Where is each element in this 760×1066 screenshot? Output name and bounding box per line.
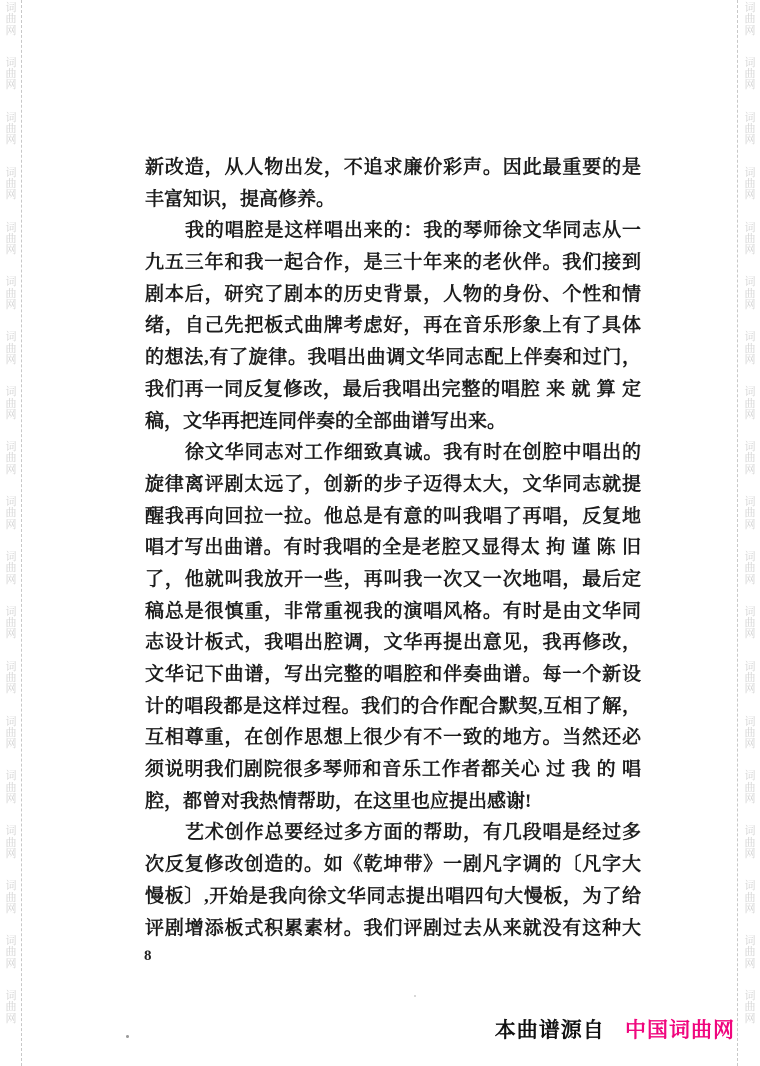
text-line: 徐文华同志对工作细致真诚。我有时在创腔中唱出的 <box>145 437 641 469</box>
watermark-char: 网 <box>742 904 758 915</box>
watermark-group: 词曲网 <box>742 387 758 421</box>
watermark-group: 词曲网 <box>742 552 758 586</box>
watermark-char: 网 <box>3 629 19 640</box>
watermark-char: 网 <box>3 684 19 695</box>
watermark-char: 网 <box>3 739 19 750</box>
watermark-char: 词 <box>742 881 758 892</box>
watermark-group: 词曲网 <box>3 991 19 1025</box>
watermark-group: 词曲网 <box>3 58 19 92</box>
watermark-left: 词曲网词曲网词曲网词曲网词曲网词曲网词曲网词曲网词曲网词曲网词曲网词曲网词曲网词… <box>3 0 19 1066</box>
body-text: 新改造，从人物出发，不追求廉价彩声。因此最重要的是丰富知识，提高修养。我的唱腔是… <box>145 152 641 944</box>
text-line: 醒我再向回拉一拉。他总是有意的叫我唱了再唱，反复地 <box>145 501 641 533</box>
watermark-char: 网 <box>742 849 758 860</box>
watermark-group: 词曲网 <box>742 771 758 805</box>
watermark-char: 网 <box>3 300 19 311</box>
text-line: 志设计板式，我唱出腔调，文华再提出意见，我再修改， <box>145 627 641 659</box>
watermark-group: 词曲网 <box>3 497 19 531</box>
watermark-char: 曲 <box>742 1002 758 1013</box>
watermark-group: 词曲网 <box>742 991 758 1025</box>
text-line: 我的唱腔是这样唱出来的：我的琴师徐文华同志从一 <box>145 215 641 247</box>
text-line: 我们再一同反复修改，最后我唱出完整的唱腔 来 就 算 定 <box>145 374 641 406</box>
watermark-char: 词 <box>3 881 19 892</box>
watermark-char: 词 <box>742 332 758 343</box>
text-line: 新改造，从人物出发，不追求廉价彩声。因此最重要的是 <box>145 152 641 184</box>
watermark-char: 网 <box>3 190 19 201</box>
watermark-char: 网 <box>742 300 758 311</box>
watermark-group: 词曲网 <box>742 442 758 476</box>
text-line: 艺术创作总要经过多方面的帮助，有几段唱是经过多 <box>145 817 641 849</box>
watermark-char: 网 <box>3 135 19 146</box>
text-line: 互相尊重，在创作思想上很少有不一致的地方。当然还必 <box>145 722 641 754</box>
watermark-group: 词曲网 <box>3 552 19 586</box>
watermark-group: 词曲网 <box>742 332 758 366</box>
text-line: 文华记下曲谱，写出完整的唱腔和伴奏曲谱。每一个新设 <box>145 659 641 691</box>
right-dashed-line <box>737 0 738 1066</box>
watermark-char: 曲 <box>3 563 19 574</box>
watermark-char: 网 <box>742 465 758 476</box>
watermark-group: 词曲网 <box>3 223 19 257</box>
watermark-group: 词曲网 <box>742 717 758 751</box>
watermark-group: 词曲网 <box>3 332 19 366</box>
page-number: 8 <box>144 948 152 965</box>
watermark-group: 词曲网 <box>742 223 758 257</box>
watermark-group: 词曲网 <box>3 717 19 751</box>
watermark-group: 词曲网 <box>3 387 19 421</box>
watermark-char: 网 <box>742 410 758 421</box>
watermark-group: 词曲网 <box>3 607 19 641</box>
watermark-group: 词曲网 <box>742 607 758 641</box>
watermark-group: 词曲网 <box>742 3 758 37</box>
watermark-char: 网 <box>742 575 758 586</box>
watermark-char: 网 <box>3 575 19 586</box>
watermark-char: 曲 <box>742 508 758 519</box>
watermark-char: 网 <box>742 355 758 366</box>
watermark-group: 词曲网 <box>742 497 758 531</box>
watermark-char: 网 <box>742 190 758 201</box>
watermark-char: 词 <box>3 387 19 398</box>
text-line: 的想法,有了旋律。我唱出曲调文华同志配上伴奏和过门， <box>145 342 641 374</box>
watermark-char: 网 <box>742 1014 758 1025</box>
watermark-char: 曲 <box>3 1002 19 1013</box>
watermark-char: 网 <box>742 794 758 805</box>
text-line: 剧本后，研究了剧本的历史背景，人物的身份、个性和情 <box>145 279 641 311</box>
watermark-char: 网 <box>742 245 758 256</box>
watermark-char: 词 <box>742 826 758 837</box>
watermark-char: 网 <box>3 794 19 805</box>
footer-brand: 中国词曲网 <box>625 1018 735 1042</box>
watermark-char: 网 <box>3 355 19 366</box>
text-line: 丰富知识，提高修养。 <box>145 184 641 216</box>
watermark-group: 词曲网 <box>742 58 758 92</box>
watermark-char: 网 <box>3 904 19 915</box>
watermark-char: 网 <box>3 26 19 37</box>
ink-speck <box>126 1035 129 1038</box>
text-line: 稿，文华再把连同伴奏的全部曲谱写出来。 <box>145 406 641 438</box>
watermark-char: 网 <box>3 410 19 421</box>
watermark-char: 网 <box>742 520 758 531</box>
watermark-char: 曲 <box>3 508 19 519</box>
footer-prefix: 本曲谱源自 <box>495 1018 605 1042</box>
watermark-char: 词 <box>3 332 19 343</box>
watermark-char: 词 <box>742 387 758 398</box>
watermark-group: 词曲网 <box>742 826 758 860</box>
watermark-char: 网 <box>742 959 758 970</box>
watermark-char: 网 <box>742 684 758 695</box>
left-dashed-line <box>21 0 22 1066</box>
watermark-char: 网 <box>3 465 19 476</box>
text-line: 九五三年和我一起合作，是三十年来的老伙伴。我们接到 <box>145 247 641 279</box>
text-line: 旋律离评剧太远了，创新的步子迈得太大，文华同志就提 <box>145 469 641 501</box>
watermark-char: 网 <box>742 629 758 640</box>
text-line: 慢板〕,开始是我向徐文华同志提出唱四句大慢板，为了给 <box>145 881 641 913</box>
text-line: 腔，都曾对我热情帮助，在这里也应提出感谢! <box>145 786 641 818</box>
watermark-group: 词曲网 <box>3 113 19 147</box>
watermark-char: 网 <box>3 849 19 860</box>
watermark-group: 词曲网 <box>742 168 758 202</box>
watermark-group: 词曲网 <box>3 771 19 805</box>
watermark-group: 词曲网 <box>3 442 19 476</box>
watermark-group: 词曲网 <box>3 826 19 860</box>
watermark-char: 网 <box>3 80 19 91</box>
watermark-group: 词曲网 <box>3 662 19 696</box>
text-line: 须说明我们剧院很多琴师和音乐工作者都关心 过 我 的 唱 <box>145 754 641 786</box>
watermark-group: 词曲网 <box>3 3 19 37</box>
watermark-group: 词曲网 <box>742 936 758 970</box>
text-line: 计的唱段都是这样过程。我们的合作配合默契,互相了解， <box>145 691 641 723</box>
watermark-char: 网 <box>742 135 758 146</box>
watermark-group: 词曲网 <box>3 936 19 970</box>
ink-speck <box>414 995 416 997</box>
watermark-char: 曲 <box>742 563 758 574</box>
watermark-char: 网 <box>3 1014 19 1025</box>
text-line: 绪，自己先把板式曲牌考虑好，再在音乐形象上有了具体 <box>145 310 641 342</box>
watermark-char: 网 <box>3 959 19 970</box>
text-line: 次反复修改创造的。如《乾坤带》一剧凡字调的〔凡字大 <box>145 849 641 881</box>
watermark-group: 词曲网 <box>742 113 758 147</box>
watermark-char: 词 <box>3 826 19 837</box>
watermark-char: 曲 <box>3 14 19 25</box>
watermark-group: 词曲网 <box>742 277 758 311</box>
text-line: 评剧增添板式积累素材。我们评剧过去从来就没有这种大 <box>145 913 641 945</box>
watermark-group: 词曲网 <box>3 168 19 202</box>
watermark-group: 词曲网 <box>742 881 758 915</box>
watermark-char: 网 <box>3 245 19 256</box>
watermark-group: 词曲网 <box>742 662 758 696</box>
watermark-right: 词曲网词曲网词曲网词曲网词曲网词曲网词曲网词曲网词曲网词曲网词曲网词曲网词曲网词… <box>742 0 758 1066</box>
text-line: 稿总是很慎重，非常重视我的演唱风格。有时是由文华同 <box>145 596 641 628</box>
footer-credit: 本曲谱源自 中国词曲网 <box>495 1014 735 1044</box>
watermark-group: 词曲网 <box>3 277 19 311</box>
watermark-char: 网 <box>742 26 758 37</box>
text-line: 唱才写出曲谱。有时我唱的全是老腔又显得太 拘 谨 陈 旧 <box>145 532 641 564</box>
text-line: 了，他就叫我放开一些，再叫我一次又一次地唱，最后定 <box>145 564 641 596</box>
watermark-char: 曲 <box>742 14 758 25</box>
book-page: 词曲网词曲网词曲网词曲网词曲网词曲网词曲网词曲网词曲网词曲网词曲网词曲网词曲网词… <box>0 0 760 1066</box>
watermark-char: 网 <box>742 739 758 750</box>
watermark-group: 词曲网 <box>3 881 19 915</box>
watermark-char: 网 <box>3 520 19 531</box>
watermark-char: 网 <box>742 80 758 91</box>
